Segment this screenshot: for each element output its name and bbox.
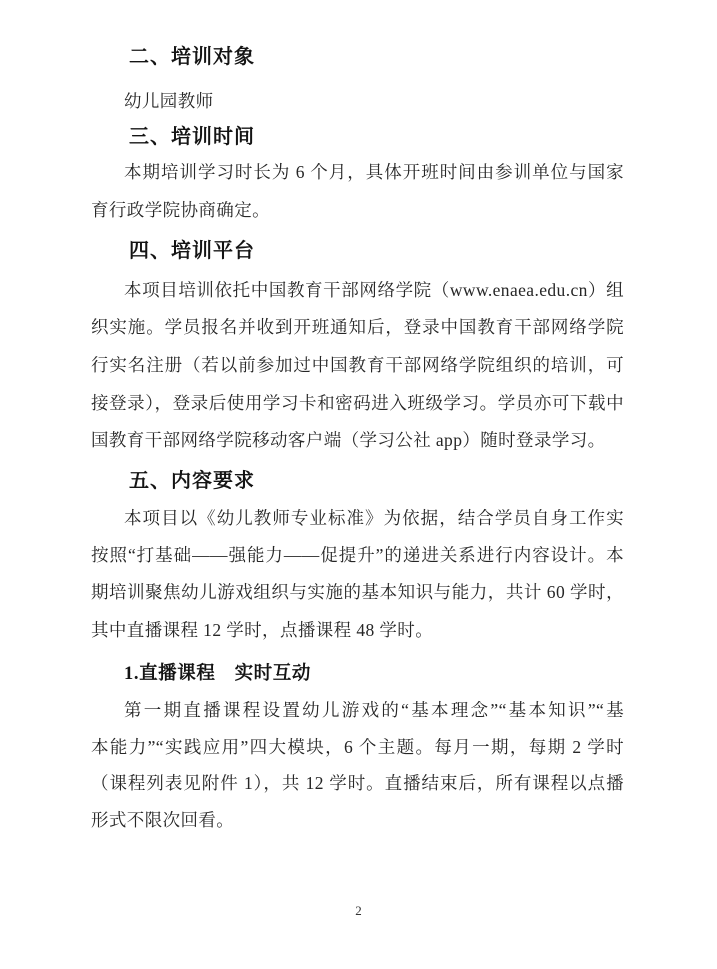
body-line: 行实名注册（若以前参加过中国教育干部网络学院组织的培训，可直 xyxy=(91,351,624,381)
body-line: 期培训聚焦幼儿游戏组织与实施的基本知识与能力，共计 60 学时， xyxy=(91,578,624,608)
heading-content-requirements: 五、内容要求 xyxy=(91,467,624,497)
body-line: 其中直播课程 12 学时，点播课程 48 学时。 xyxy=(91,616,624,646)
body-line: 本项目以《幼儿教师专业标准》为依据，结合学员自身工作实际， xyxy=(91,504,624,534)
document-page: 二、培训对象 幼儿园教师 三、培训时间 本期培训学习时长为 6 个月，具体开班时… xyxy=(0,0,717,969)
body-line: 本项目培训依托中国教育干部网络学院（www.enaea.edu.cn）组 xyxy=(91,276,624,306)
body-line: 本能力”“实践应用”四大模块，6 个主题。每月一期，每期 2 学时 xyxy=(91,733,624,763)
body-line: 育行政学院协商确定。 xyxy=(91,196,624,226)
heading-training-time: 三、培训时间 xyxy=(91,123,624,153)
body-line: 第一期直播课程设置幼儿游戏的“基本理念”“基本知识”“基 xyxy=(91,696,624,726)
body-line: 本期培训学习时长为 6 个月，具体开班时间由参训单位与国家教 xyxy=(91,158,624,188)
heading-training-platform: 四、培训平台 xyxy=(91,237,624,267)
body-line: （课程列表见附件 1），共 12 学时。直播结束后，所有课程以点播 xyxy=(91,769,624,799)
page-number: 2 xyxy=(0,903,717,919)
subheading-live-course: 1.直播课程 实时互动 xyxy=(91,660,624,690)
body-line: 按照“打基础——强能力——促提升”的递进关系进行内容设计。本 xyxy=(91,541,624,571)
body-line: 接登录），登录后使用学习卡和密码进入班级学习。学员亦可下载中 xyxy=(91,389,624,419)
body-line: 形式不限次回看。 xyxy=(91,806,624,836)
body-line: 织实施。学员报名并收到开班通知后，登录中国教育干部网络学院进 xyxy=(91,313,624,343)
heading-training-audience: 二、培训对象 xyxy=(91,43,624,73)
body-line: 国教育干部网络学院移动客户端（学习公社 app）随时登录学习。 xyxy=(91,426,624,456)
body-line: 幼儿园教师 xyxy=(91,87,624,117)
